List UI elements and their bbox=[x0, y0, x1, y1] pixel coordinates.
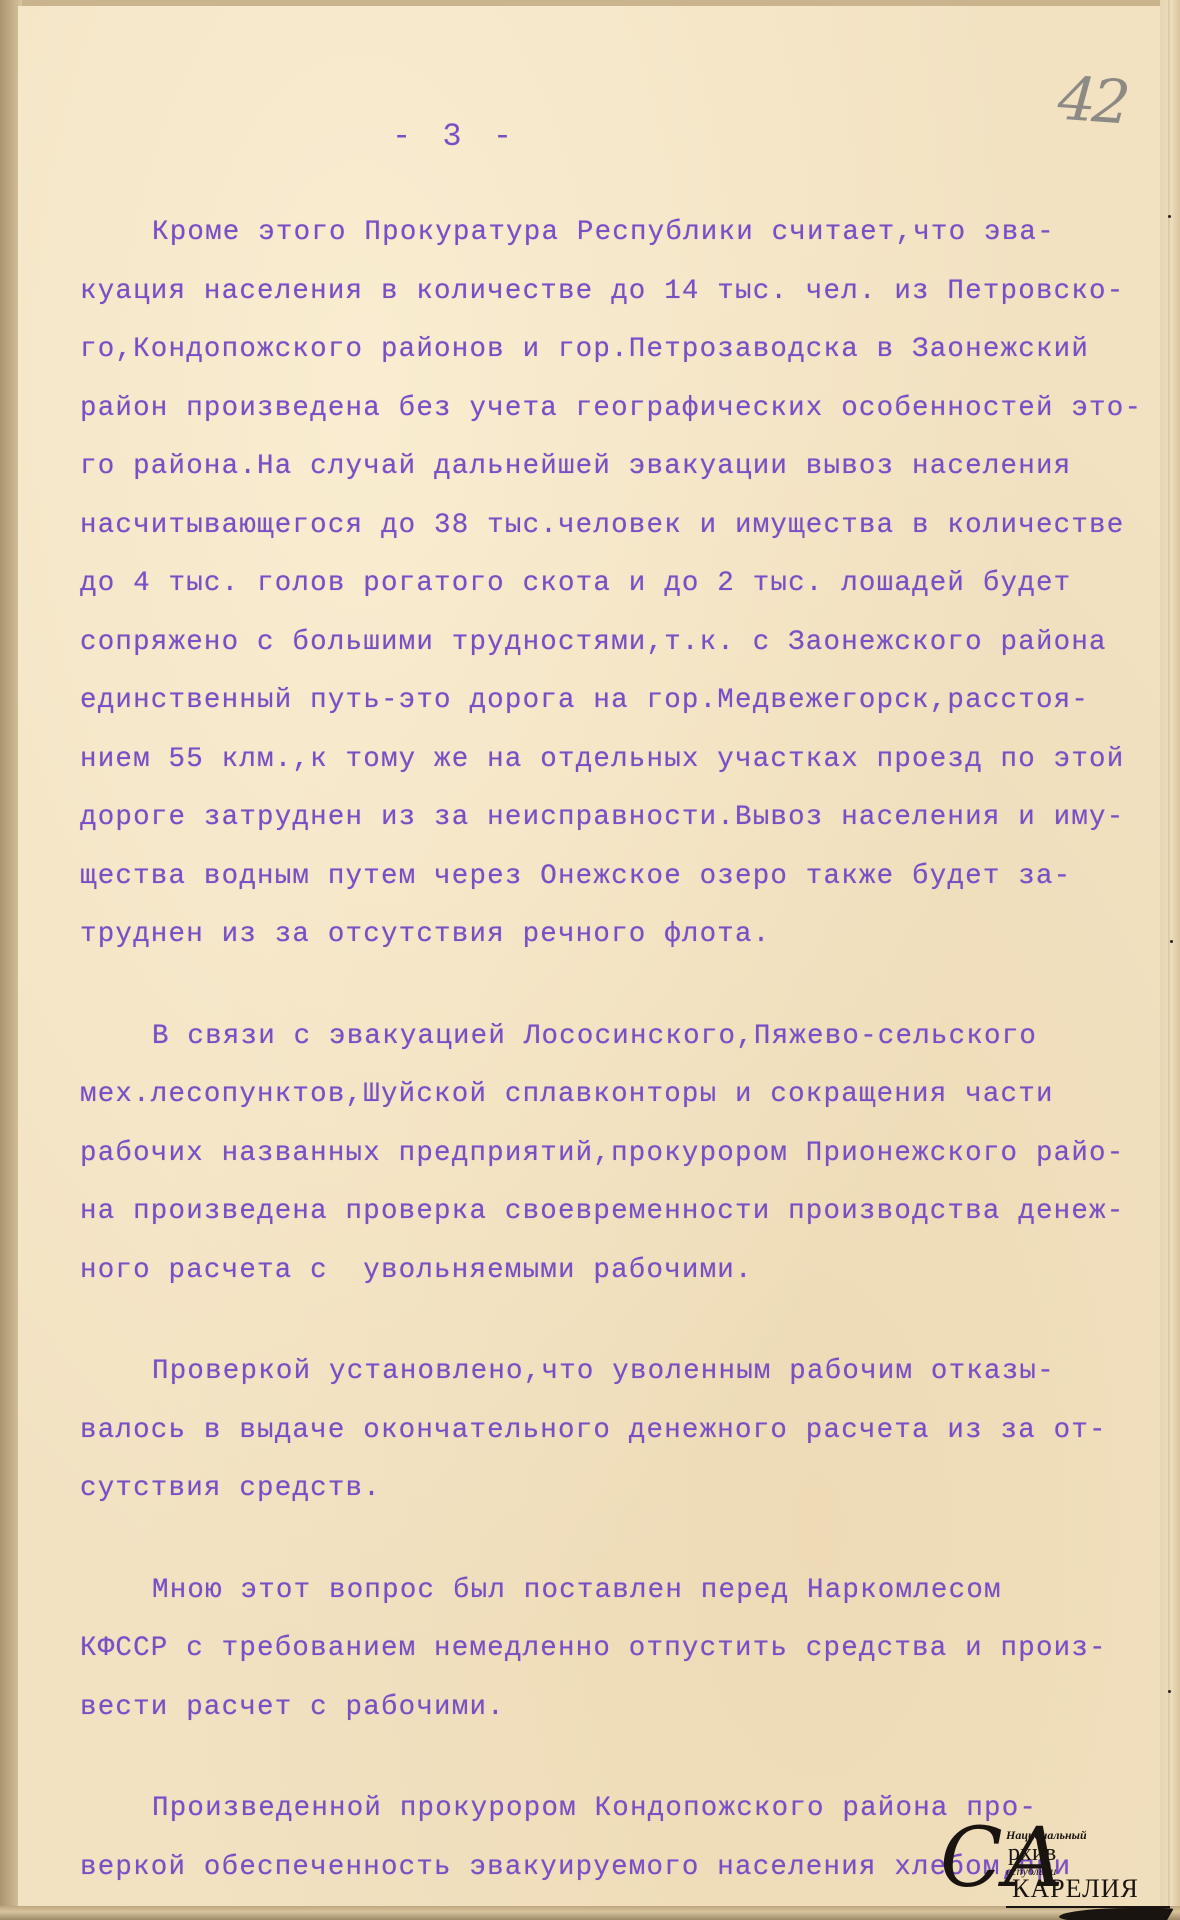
text-line: вести расчет с рабочими. bbox=[80, 1679, 1160, 1738]
text-line: сутствия средств. bbox=[80, 1460, 1160, 1519]
text-line: единственный путь-это дорога на гор.Медв… bbox=[80, 672, 1160, 731]
text-line: насчитывающегося до 38 тыс.человек и иму… bbox=[80, 497, 1160, 556]
quill-icon bbox=[1056, 1908, 1174, 1920]
text-line: го района.На случай дальнейшей эвакуации… bbox=[80, 438, 1160, 497]
edge-speck bbox=[1168, 215, 1171, 218]
logo-archive: рхив bbox=[1008, 1840, 1056, 1867]
text-line: валось в выдаче окончательного денежного… bbox=[80, 1402, 1160, 1461]
text-line: В связи с эвакуацией Лососинского,Пяжево… bbox=[80, 1008, 1160, 1067]
text-line: Проверкой установлено,что уволенным рабо… bbox=[80, 1343, 1160, 1402]
text-line: дороге затруднен из за неисправности.Выв… bbox=[80, 789, 1160, 848]
paragraph-narkomles-request: Мною этот вопрос был поставлен перед Нар… bbox=[80, 1562, 1160, 1738]
archive-watermark-logo: СА Национальный рхив еспублики КАРЕЛИЯ bbox=[940, 1826, 1170, 1920]
paragraph-timber-enterprises: В связи с эвакуацией Лососинского,Пяжево… bbox=[80, 1008, 1160, 1301]
text-line: труднен из за отсутствия речного флота. bbox=[80, 906, 1160, 965]
text-line: Кроме этого Прокуратура Республики счита… bbox=[80, 204, 1160, 263]
page-number: - 3 - bbox=[0, 118, 1180, 155]
text-line: куация населения в количестве до 14 тыс.… bbox=[80, 263, 1160, 322]
text-line: до 4 тыс. голов рогатого скота и до 2 ты… bbox=[80, 555, 1160, 614]
text-line: ного расчета с увольняемыми рабочими. bbox=[80, 1242, 1160, 1301]
text-line: го,Кондопожского районов и гор.Петрозаво… bbox=[80, 321, 1160, 380]
paragraph-inspection-result: Проверкой установлено,что уволенным рабо… bbox=[80, 1343, 1160, 1519]
typewritten-body: Кроме этого Прокуратура Республики счита… bbox=[80, 204, 1160, 1897]
text-line: щества водным путем через Онежское озеро… bbox=[80, 848, 1160, 907]
text-line: КФССР с требованием немедленно отпустить… bbox=[80, 1620, 1160, 1679]
paragraph-evacuation-zaonezhsky: Кроме этого Прокуратура Республики счита… bbox=[80, 204, 1160, 965]
logo-karelia: КАРЕЛИЯ bbox=[1012, 1874, 1139, 1904]
text-line: Мною этот вопрос был поставлен перед Нар… bbox=[80, 1562, 1160, 1621]
text-line: рабочих названных предприятий,прокурором… bbox=[80, 1125, 1160, 1184]
edge-speck bbox=[1168, 1690, 1171, 1693]
text-line: нием 55 клм.,к тому же на отдельных учас… bbox=[80, 731, 1160, 790]
text-line: мех.лесопунктов,Шуйской сплавконторы и с… bbox=[80, 1066, 1160, 1125]
text-line: район произведена без учета географическ… bbox=[80, 380, 1160, 439]
text-line: сопряжено с большими трудностями,т.к. с … bbox=[80, 614, 1160, 673]
text-line: на произведена проверка своевременности … bbox=[80, 1183, 1160, 1242]
stacked-page-edges bbox=[1160, 0, 1180, 1920]
edge-speck bbox=[1170, 940, 1173, 943]
